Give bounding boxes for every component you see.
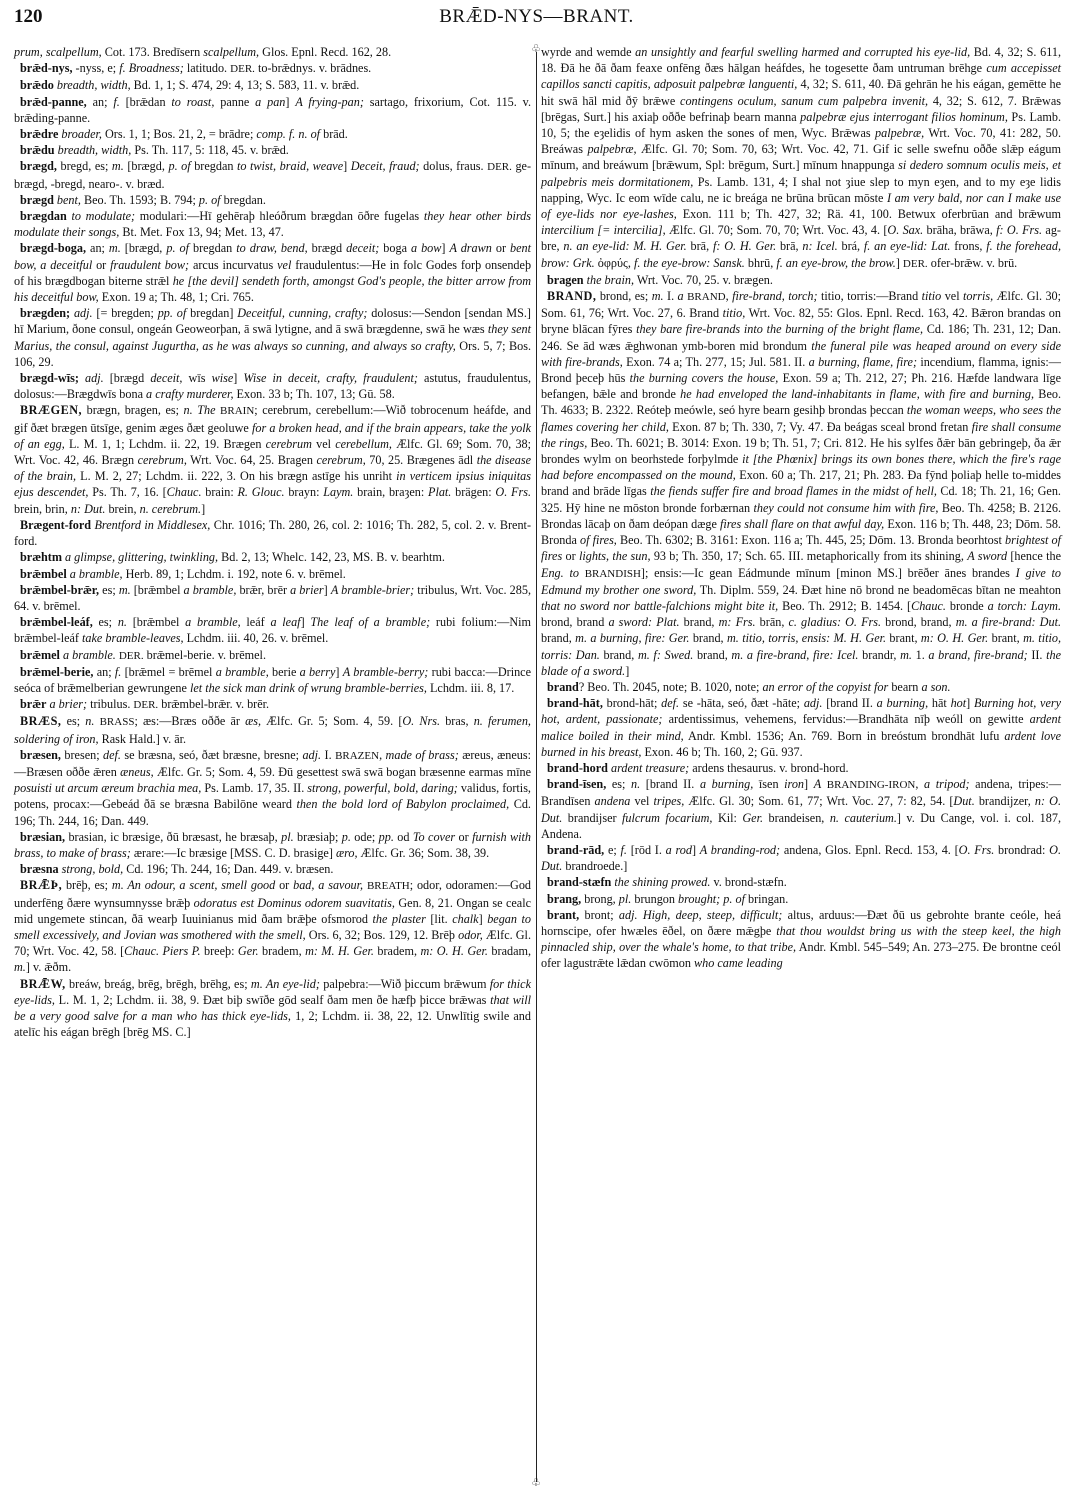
entry-text: palpebræ ejus interrogant filios hominum… (800, 110, 1008, 124)
headword: brægdan (20, 209, 67, 223)
dictionary-entry: brægd, bregd, es; m. [brægd, p. of bregd… (14, 158, 531, 191)
entry-text: f: O. H. Ger. (713, 239, 776, 253)
headword: bræsen, (20, 748, 61, 762)
entry-text: ; æs:—Bræs oððe ār (134, 714, 245, 728)
entry-text: bronde (946, 599, 988, 613)
entry-text: breeþ: (201, 944, 238, 958)
entry-text: lights, the sun, (579, 549, 651, 563)
entry-text: m. a fire-brand: Dut. (956, 615, 1061, 629)
ornament-top-icon: ♧ (531, 44, 541, 55)
entry-text: DER. (119, 650, 144, 662)
entry-text: Cd. 196; Th. 244, 16; Dan. 449. v. bræse… (123, 862, 333, 876)
entry-text: a bramble, (185, 615, 241, 629)
entry-text: brægd (308, 241, 346, 255)
entry-text: Ps. Lamb. 17, 35. II. (201, 781, 307, 795)
entry-text: bradam, (488, 944, 531, 958)
entry-text: brand, (689, 631, 727, 645)
headword: BRÆGEN, (20, 403, 82, 417)
entry-text: ] (804, 777, 814, 791)
headword: brǣr (20, 697, 46, 711)
entry-text: wīs (182, 371, 211, 385)
entry-text: Beo. Th. 2912; B. 1454. [ (778, 599, 911, 613)
entry-text: or (455, 830, 472, 844)
entry-text: brain, braȝen: (353, 485, 428, 499)
entry-text: ] (343, 159, 351, 173)
entry-text: Ælfc. Gr. 5; Som. 4, 59. Ðū gesettest sw… (154, 765, 531, 779)
entry-text: Bd. 1, 1; S. 474, 29: 4, 13; S. 583, 11.… (131, 78, 360, 92)
entry-text: andena, Glos. Epnl. Recd. 153, 4. [ (780, 843, 959, 857)
entry-text: a pan (255, 95, 285, 109)
entry-text: p. of (199, 193, 221, 207)
entry-text: titio, (723, 306, 746, 320)
entry-text: [brǣdan (120, 95, 172, 109)
entry-text: brandeisen, (763, 811, 830, 825)
entry-text: Ors. 1, 1; Bos. 21, 2, = brādre; (102, 127, 256, 141)
entry-text: latitudo. (184, 61, 230, 75)
entry-text: brand, (600, 648, 638, 662)
entry-text: 70, 25. Brægenes ādl (366, 453, 477, 467)
entry-text: L. M. 1, 1; Lchdm. ii. 22, 19. Brægen (65, 437, 266, 451)
entry-text: A bramble-berry; (343, 665, 429, 679)
headword: BRAND, (547, 289, 596, 303)
dictionary-entry: brǣmbel-brǣr, es; m. [brǣmbel a bramble,… (14, 582, 531, 614)
entry-text: chalk (452, 912, 478, 926)
entry-text: f. the eye-brow: Sansk. (634, 256, 745, 270)
entry-text: n: Icel. (802, 239, 837, 253)
entry-text: f. an eye-brow, the brow. (776, 256, 895, 270)
headword: brant, (547, 908, 579, 922)
entry-text: adj. (74, 306, 93, 320)
dictionary-entry: brǣd-nys, -nyss, e; f. Broadness; latitu… (14, 60, 531, 77)
entry-text: Beo. Th. 6302; B. 3161: Exon. 116 a; Th.… (617, 533, 1005, 547)
entry-text: Ger. (238, 944, 259, 958)
entry-text: Dut. (953, 794, 974, 808)
entry-text: Exon. 87 b; Th. 330, 7; Vy. 47. Ða beága… (669, 420, 972, 434)
entry-text: fulcrum focarium, (622, 811, 712, 825)
entry-text: brond, brand (541, 615, 608, 629)
entry-text: Chauc. (911, 599, 946, 613)
entry-text: ] (285, 95, 295, 109)
entry-text: vel (941, 289, 963, 303)
dictionary-entry: wyrde and wemde an unsightly and fearful… (541, 44, 1061, 272)
entry-text: brain: (202, 485, 238, 499)
entry-text: let the sick man drink of wrung bramble-… (190, 681, 427, 695)
entry-text: he had enveloped the land-inhabitants in… (680, 387, 1034, 401)
headword: bræsna (20, 862, 59, 876)
entry-text: adj. High, deep, steep, difficult; (619, 908, 782, 922)
entry-text: f. Broadness; (119, 61, 184, 75)
entry-text: odoratus est Dominus odorem suavitatis, (194, 896, 395, 910)
entry-text: brǣr, brēr (236, 583, 290, 597)
entry-text: ] (479, 912, 488, 926)
entry-text: brandr, (858, 648, 900, 662)
dictionary-entry: BRÆGEN, brægn, bragen, es; n. The BRAIN;… (14, 402, 531, 516)
entry-text: O. Nrs. (402, 714, 440, 728)
entry-text: ardentissimus, vehemens, fervidus:—Brand… (662, 712, 1029, 726)
entry-text: n. The (184, 403, 216, 417)
entry-text: posuisti ut arcum æreum brachia mea, (14, 781, 201, 795)
entry-text: Wise in deceit, crafty, fraudulent; (243, 371, 418, 385)
entry-text: brand, (541, 631, 575, 645)
entry-text: bearn (888, 680, 921, 694)
entry-text: brasian, ic bræsige, ðū bræsast, he bræs… (65, 830, 281, 844)
entry-text: n. (118, 615, 127, 629)
entry-text: a glimpse, glittering, twinkling, (65, 550, 218, 564)
entry-text: Wrt. Voc. 70, 25. v. brægen. (634, 273, 773, 287)
right-column: wyrde and wemde an unsightly and fearful… (541, 44, 1061, 972)
entry-text: the burning covers the house, (630, 371, 779, 385)
entry-text: brant, (886, 631, 921, 645)
entry-text: ]; ensis:—Ic gean Eádmunde mīnum [minon … (641, 566, 1016, 580)
entry-text: to modulate; (71, 209, 135, 223)
entry-text: brā, (687, 239, 713, 253)
dictionary-entry: brǣmel-berie, an; f. [brǣmel = brēmel a … (14, 664, 531, 696)
entry-text: [brand II. (640, 777, 700, 791)
entry-text: the fiends suffer fire and broad flames … (650, 484, 937, 498)
entry-text: Brentford in Middlesex, (94, 518, 210, 532)
entry-text: ardent treasure; (611, 761, 689, 775)
dictionary-entry: brand-hāt, brond-hāt; def. se -hāta, seó… (541, 695, 1061, 760)
entry-text: or (562, 549, 579, 563)
entry-text: ] (896, 256, 903, 270)
entry-text: BRAZEN (335, 750, 379, 762)
entry-text: odor, (458, 928, 483, 942)
entry-text: n. cerebrum. (140, 502, 202, 516)
entry-text: a brier (290, 583, 324, 597)
entry-text: ] v. ǣðm. (26, 960, 71, 974)
entry-text: ? Beo. Th. 2045, note; B. 1020, note; (579, 680, 763, 694)
entry-text: brond, brand, (881, 615, 956, 629)
entry-text: se bræsna, seó, ðæt bræsne, bresne; (121, 748, 302, 762)
entry-text: an; (87, 95, 114, 109)
headword: BRǢW, (20, 977, 66, 991)
entry-text: bregdan. (221, 193, 266, 207)
entry-text: p. of (723, 892, 745, 906)
entry-text: æro, (336, 846, 358, 860)
entry-text: Exon. 19 a; Th. 48, 1; Cri. 765. (99, 290, 254, 304)
entry-text: wise (212, 371, 234, 385)
entry-text: hāt (928, 696, 950, 710)
entry-text: an; (86, 241, 109, 255)
headword: brægd (20, 193, 54, 207)
entry-text: an unsightly and fearful swelling harmed… (635, 45, 970, 59)
entry-text: brǣmbel-brǣr. v. brēr. (158, 697, 269, 711)
entry-text: A drawn (449, 241, 491, 255)
entry-text: ode; (351, 830, 379, 844)
entry-text: fraudulent bow; (110, 258, 189, 272)
entry-text: they could not consume him with fire, (754, 501, 939, 515)
entry-text: Wrt. Voc. 64, 25. Bragen (187, 453, 317, 467)
entry-text: f. an eye-lid: Lat. (864, 239, 951, 253)
entry-text: n. (631, 777, 640, 791)
entry-text: berie (269, 665, 300, 679)
entry-text: modulari:—Hī gehēraþ hleóðrum brægdan ōð… (135, 209, 424, 223)
dictionary-entry: brǣmbel a bramble, Herb. 89, 1; Lchdm. i… (14, 566, 531, 582)
entry-text: arcus incurvatus (189, 258, 277, 272)
ornament-bottom-icon: ♧ (531, 1478, 541, 1489)
entry-text: Lchdm. iii. 8, 17. (427, 681, 514, 695)
entry-text: a bramble, (70, 567, 123, 581)
dictionary-entry: BRǢW, breáw, breág, brēg, brēgh, brēhg, … (14, 976, 531, 1041)
entry-text: the plaster (373, 912, 426, 926)
entry-text: of fires, (580, 533, 617, 547)
entry-text: [hence the (1007, 549, 1061, 563)
entry-text: es; (606, 777, 631, 791)
entry-text: se -hāta, seó, ðæt -hāte; (679, 696, 804, 710)
entry-text: 1. (912, 648, 928, 662)
entry-text: adj. (85, 371, 104, 385)
entry-text: DER. (230, 63, 255, 75)
entry-text: a brand, fire-brand; (928, 648, 1027, 662)
entry-text: brond-hāt; (603, 696, 661, 710)
entry-text: e; (604, 843, 620, 857)
entry-text: Deceit, fraud; (351, 159, 420, 173)
headword: bragen (547, 273, 584, 287)
headword: brand-hord (547, 761, 608, 775)
entry-text: bras, (440, 714, 474, 728)
entry-text: BRASS (100, 716, 135, 728)
headword: Brægent-ford (20, 518, 91, 532)
entry-text: made of brass; (386, 748, 459, 762)
entry-text: cerebrum (266, 437, 312, 451)
entry-text: a tripod; (924, 777, 970, 791)
entry-text: pl. (281, 830, 294, 844)
entry-text: brein, brin, (14, 502, 71, 516)
left-column: prum, scalpellum, Cot. 173. Bredīsern sc… (14, 44, 531, 1040)
entry-text: Th. Diplm. 559, 24. Ðæt hine nō brond ne… (696, 583, 1061, 597)
entry-text: a bow (411, 241, 441, 255)
entry-text: ] (201, 502, 205, 516)
entry-text: deceit, (150, 371, 182, 385)
headword: brǣdo (20, 78, 54, 92)
entry-text: ardens thesaurus. v. brond-hord. (689, 761, 848, 775)
entry-text: breadth, width, (57, 78, 131, 92)
entry-text: brungon (631, 892, 678, 906)
entry-text: take bramble-leaves, (82, 631, 184, 645)
entry-text: DER. (487, 161, 512, 173)
dictionary-entry: BRÆS, es; n. BRASS; æs:—Bræs oððe ār æs,… (14, 713, 531, 746)
entry-text: brand, (680, 615, 719, 629)
entry-text: BREATH (367, 880, 410, 892)
entry-text: palpebræ, (587, 142, 636, 156)
entry-text: a burning, (700, 777, 753, 791)
entry-text: pp. of (158, 306, 187, 320)
entry-text: brägen: (451, 485, 495, 499)
entry-text: Laym. (323, 485, 353, 499)
entry-text: ] (692, 843, 700, 857)
entry-text: es; (99, 583, 119, 597)
entry-text: I. (321, 748, 335, 762)
headword: brand-rād, (547, 843, 604, 857)
entry-text: Ps. Th. 117, 5: 118, 45. v. brǣd. (131, 143, 289, 157)
entry-text: ærare:—Ic bræsige [MSS. C. D. brasige] (131, 846, 336, 860)
headword: brǣdre (20, 127, 58, 141)
entry-text: prum, scalpellum, (14, 45, 102, 59)
entry-text: to draw, bend, (236, 241, 307, 255)
entry-text: L. M. 1, 2; Lchdm. ii. 38, 9. Ðæt biþ sw… (55, 993, 490, 1007)
dictionary-entry: bræsna strong, bold, Cd. 196; Th. 244, 1… (14, 861, 531, 877)
headword: brǣmel (20, 648, 60, 662)
headword: brand-hāt, (547, 696, 603, 710)
entry-text: leáf (241, 615, 271, 629)
entry-text: who came leading (694, 956, 783, 970)
entry-text: [brǣmbel (131, 583, 184, 597)
entry-text: vel (630, 794, 653, 808)
entry-text: Cot. 173. Bredīsern (102, 45, 204, 59)
entry-text: brandijser (562, 811, 622, 825)
entry-text: O. Frs. (959, 843, 995, 857)
headword: brǣmbel-brǣr, (20, 583, 99, 597)
entry-text: Lchdm. iii. 40, 26. v. brēmel. (184, 631, 329, 645)
dictionary-entry: bragen the brain, Wrt. Voc. 70, 25. v. b… (541, 272, 1061, 288)
dictionary-entry: BRAND, brond, es; m. I. a BRAND, fire-br… (541, 288, 1061, 679)
dictionary-entry: brand-stæfn the shining prowed. v. brond… (541, 874, 1061, 890)
entry-text: m. (652, 289, 664, 303)
entry-text: Bd. 2, 13; Whelc. 142, 23, MS. B. v. bea… (218, 550, 445, 564)
entry-text: brēþ, es; (62, 878, 112, 892)
entry-text: brondrad: (994, 843, 1049, 857)
entry-text: es; (93, 615, 118, 629)
dictionary-entry: brǣdre broader, Ors. 1, 1; Bos. 21, 2, =… (14, 126, 531, 142)
entry-text: A frying-pan; (295, 95, 364, 109)
entry-text: Exon. 74 a; Th. 277, 15; Jul. 581. II. (623, 355, 809, 369)
entry-text: a (678, 289, 684, 303)
entry-text: Rask Hald.] v. ār. (99, 732, 187, 746)
entry-text: f: O. Frs. (996, 223, 1042, 237)
entry-text: brought; (678, 892, 720, 906)
entry-text: the shining prowed. (614, 875, 710, 889)
entry-text: m. a burning, fire: Ger. (575, 631, 689, 645)
entry-text: m. (900, 648, 912, 662)
entry-text: m. f: Swed. (638, 648, 693, 662)
entry-text: deceit; (346, 241, 379, 255)
entry-text: dolus, fraus. (420, 159, 488, 173)
entry-text: fire-brand, torch; (732, 289, 817, 303)
dictionary-entry: brægd-wīs; adj. [brægd deceit, wīs wise]… (14, 370, 531, 402)
entry-text: brá, (838, 239, 864, 253)
entry-text: a burning, flame, fire; (809, 355, 917, 369)
dictionary-entry: brand? Beo. Th. 2045, note; B. 1020, not… (541, 679, 1061, 695)
entry-text: ] (625, 664, 629, 678)
entry-text: L. M. 2, 27; Lchdm. ii. 222, 3. On his b… (76, 469, 396, 483)
entry-text: 93 b; Th. 350, 17; Sch. 65. III. metapho… (651, 549, 968, 563)
entry-text: intercilium [= intercilia], (541, 223, 666, 237)
entry-text: that no sword nor battle-falchions might… (541, 599, 778, 613)
dictionary-entry: brant, bront; adj. High, deep, steep, di… (541, 907, 1061, 972)
entry-text: [brægd, (121, 241, 167, 255)
entry-text: Ælfc. Gl. 30; Som. 61, 77; Wrt. Voc. 27,… (684, 794, 953, 808)
entry-text: contingens oculum, sanum cum palpebra in… (680, 94, 928, 108)
headword: brǣmbel-leáf, (20, 615, 93, 629)
entry-text: m. (119, 583, 131, 597)
dictionary-entry: brand-rād, e; f. [rōd I. a rod] A brandi… (541, 842, 1061, 874)
entry-text: n: Dut. (71, 502, 106, 516)
entry-text: vel (312, 437, 335, 451)
dictionary-entry: brǣmbel-leáf, es; n. [brǣmbel a bramble,… (14, 614, 531, 646)
entry-text: adj. (302, 748, 321, 762)
entry-text: ὀφρύς, (595, 256, 634, 270)
entry-text: [brægd, (124, 159, 169, 173)
entry-text: [lit. (426, 912, 452, 926)
entry-text: Kil: (712, 811, 742, 825)
entry-text: Herb. 89, 1; Lchdm. i. 192, note 6. v. b… (123, 567, 346, 581)
dictionary-entry: Brægent-ford Brentford in Middlesex, Chr… (14, 517, 531, 549)
dictionary-entry: brang, brong, pl. brungon brought; p. of… (541, 891, 1061, 907)
entry-text: n. cauterium. (830, 811, 897, 825)
dictionary-entry: brægdan to modulate; modulari:—Hī gehēra… (14, 208, 531, 240)
entry-text: Ælfc. Gr. 36; Som. 38, 39. (358, 846, 490, 860)
entry-text: brād. (320, 127, 348, 141)
entry-text: m: M. H. Ger. (305, 944, 374, 958)
dictionary-entry: brǣdo breadth, width, Bd. 1, 1; S. 474, … (14, 77, 531, 93)
entry-text: palpebra:—Wið þiccum brǣwum (320, 977, 490, 991)
entry-text: p. of (168, 159, 190, 173)
entry-text: a torch: Laym. (988, 599, 1061, 613)
entry-text: [brægd (104, 371, 151, 385)
entry-text: Bt. Met. Fox 13, 94; Met. 13, 47. (119, 225, 284, 239)
entry-text: brong, (581, 892, 619, 906)
entry-text: to twist, braid, weave (237, 159, 343, 173)
entry-text: æneus, (120, 765, 154, 779)
headword: brand-stæfn (547, 875, 611, 889)
headword: brǣdu (20, 143, 55, 157)
entry-text: brān, (756, 615, 789, 629)
entry-text: iron (784, 777, 804, 791)
entry-text: ofer-brǣw. v. brū. (928, 256, 1018, 270)
entry-text: brond, es; (596, 289, 651, 303)
entry-text: The leaf of a bramble; (310, 615, 430, 629)
entry-text: or (492, 241, 510, 255)
headword: brǣd-panne, (20, 95, 87, 109)
dictionary-entry: brǣdu breadth, width, Ps. Th. 117, 5: 11… (14, 142, 531, 158)
entry-text: vel (277, 258, 291, 272)
entry-text: bhrū, (745, 256, 776, 270)
entry-text: A sword (967, 549, 1007, 563)
entry-text: II. (1028, 648, 1046, 662)
entry-text: Eng. to (541, 566, 579, 580)
entry-text: A branding-rod; (700, 843, 780, 857)
entry-text: m. titio, torris, ensis: M. H. Ger. (727, 631, 886, 645)
entry-text: cerebellum, (335, 437, 392, 451)
entry-text: bregdan (189, 241, 236, 255)
entry-text: def. (661, 696, 679, 710)
dictionary-entry: bræsian, brasian, ic bræsige, ðū bræsast… (14, 829, 531, 861)
page-header: 120 BRǢD-NYS—BRANT. (0, 6, 1073, 36)
dictionary-entry: bræhtm a glimpse, glittering, twinkling,… (14, 549, 531, 565)
entry-text: or (275, 878, 293, 892)
entry-text: bregdan] (186, 306, 237, 320)
entry-text: to roast, (171, 95, 214, 109)
headword: brægd, (20, 159, 57, 173)
entry-text: I. (664, 289, 678, 303)
entry-text: strong, powerful, bold, daring; (307, 781, 458, 795)
headword: brand (547, 680, 579, 694)
entry-text: hot (951, 696, 967, 710)
entry-text: bringan. (745, 892, 788, 906)
entry-text: BRANDING-IRON (827, 779, 916, 791)
entry-text: bræsiaþ; (294, 830, 342, 844)
entry-text: m: O. H. Ger. (420, 944, 488, 958)
column-divider (536, 52, 537, 1482)
entry-text: BRAND (687, 291, 726, 303)
headword: bræhtm (20, 550, 62, 564)
entry-text: frons, (950, 239, 986, 253)
entry-text: Beo. Th. 1593; B. 794; (81, 193, 199, 207)
entry-text: [rōd I. (627, 843, 666, 857)
entry-text: a bramble, (184, 583, 237, 597)
entry-text: Ger. (742, 811, 763, 825)
entry-text: a son. (921, 680, 950, 694)
